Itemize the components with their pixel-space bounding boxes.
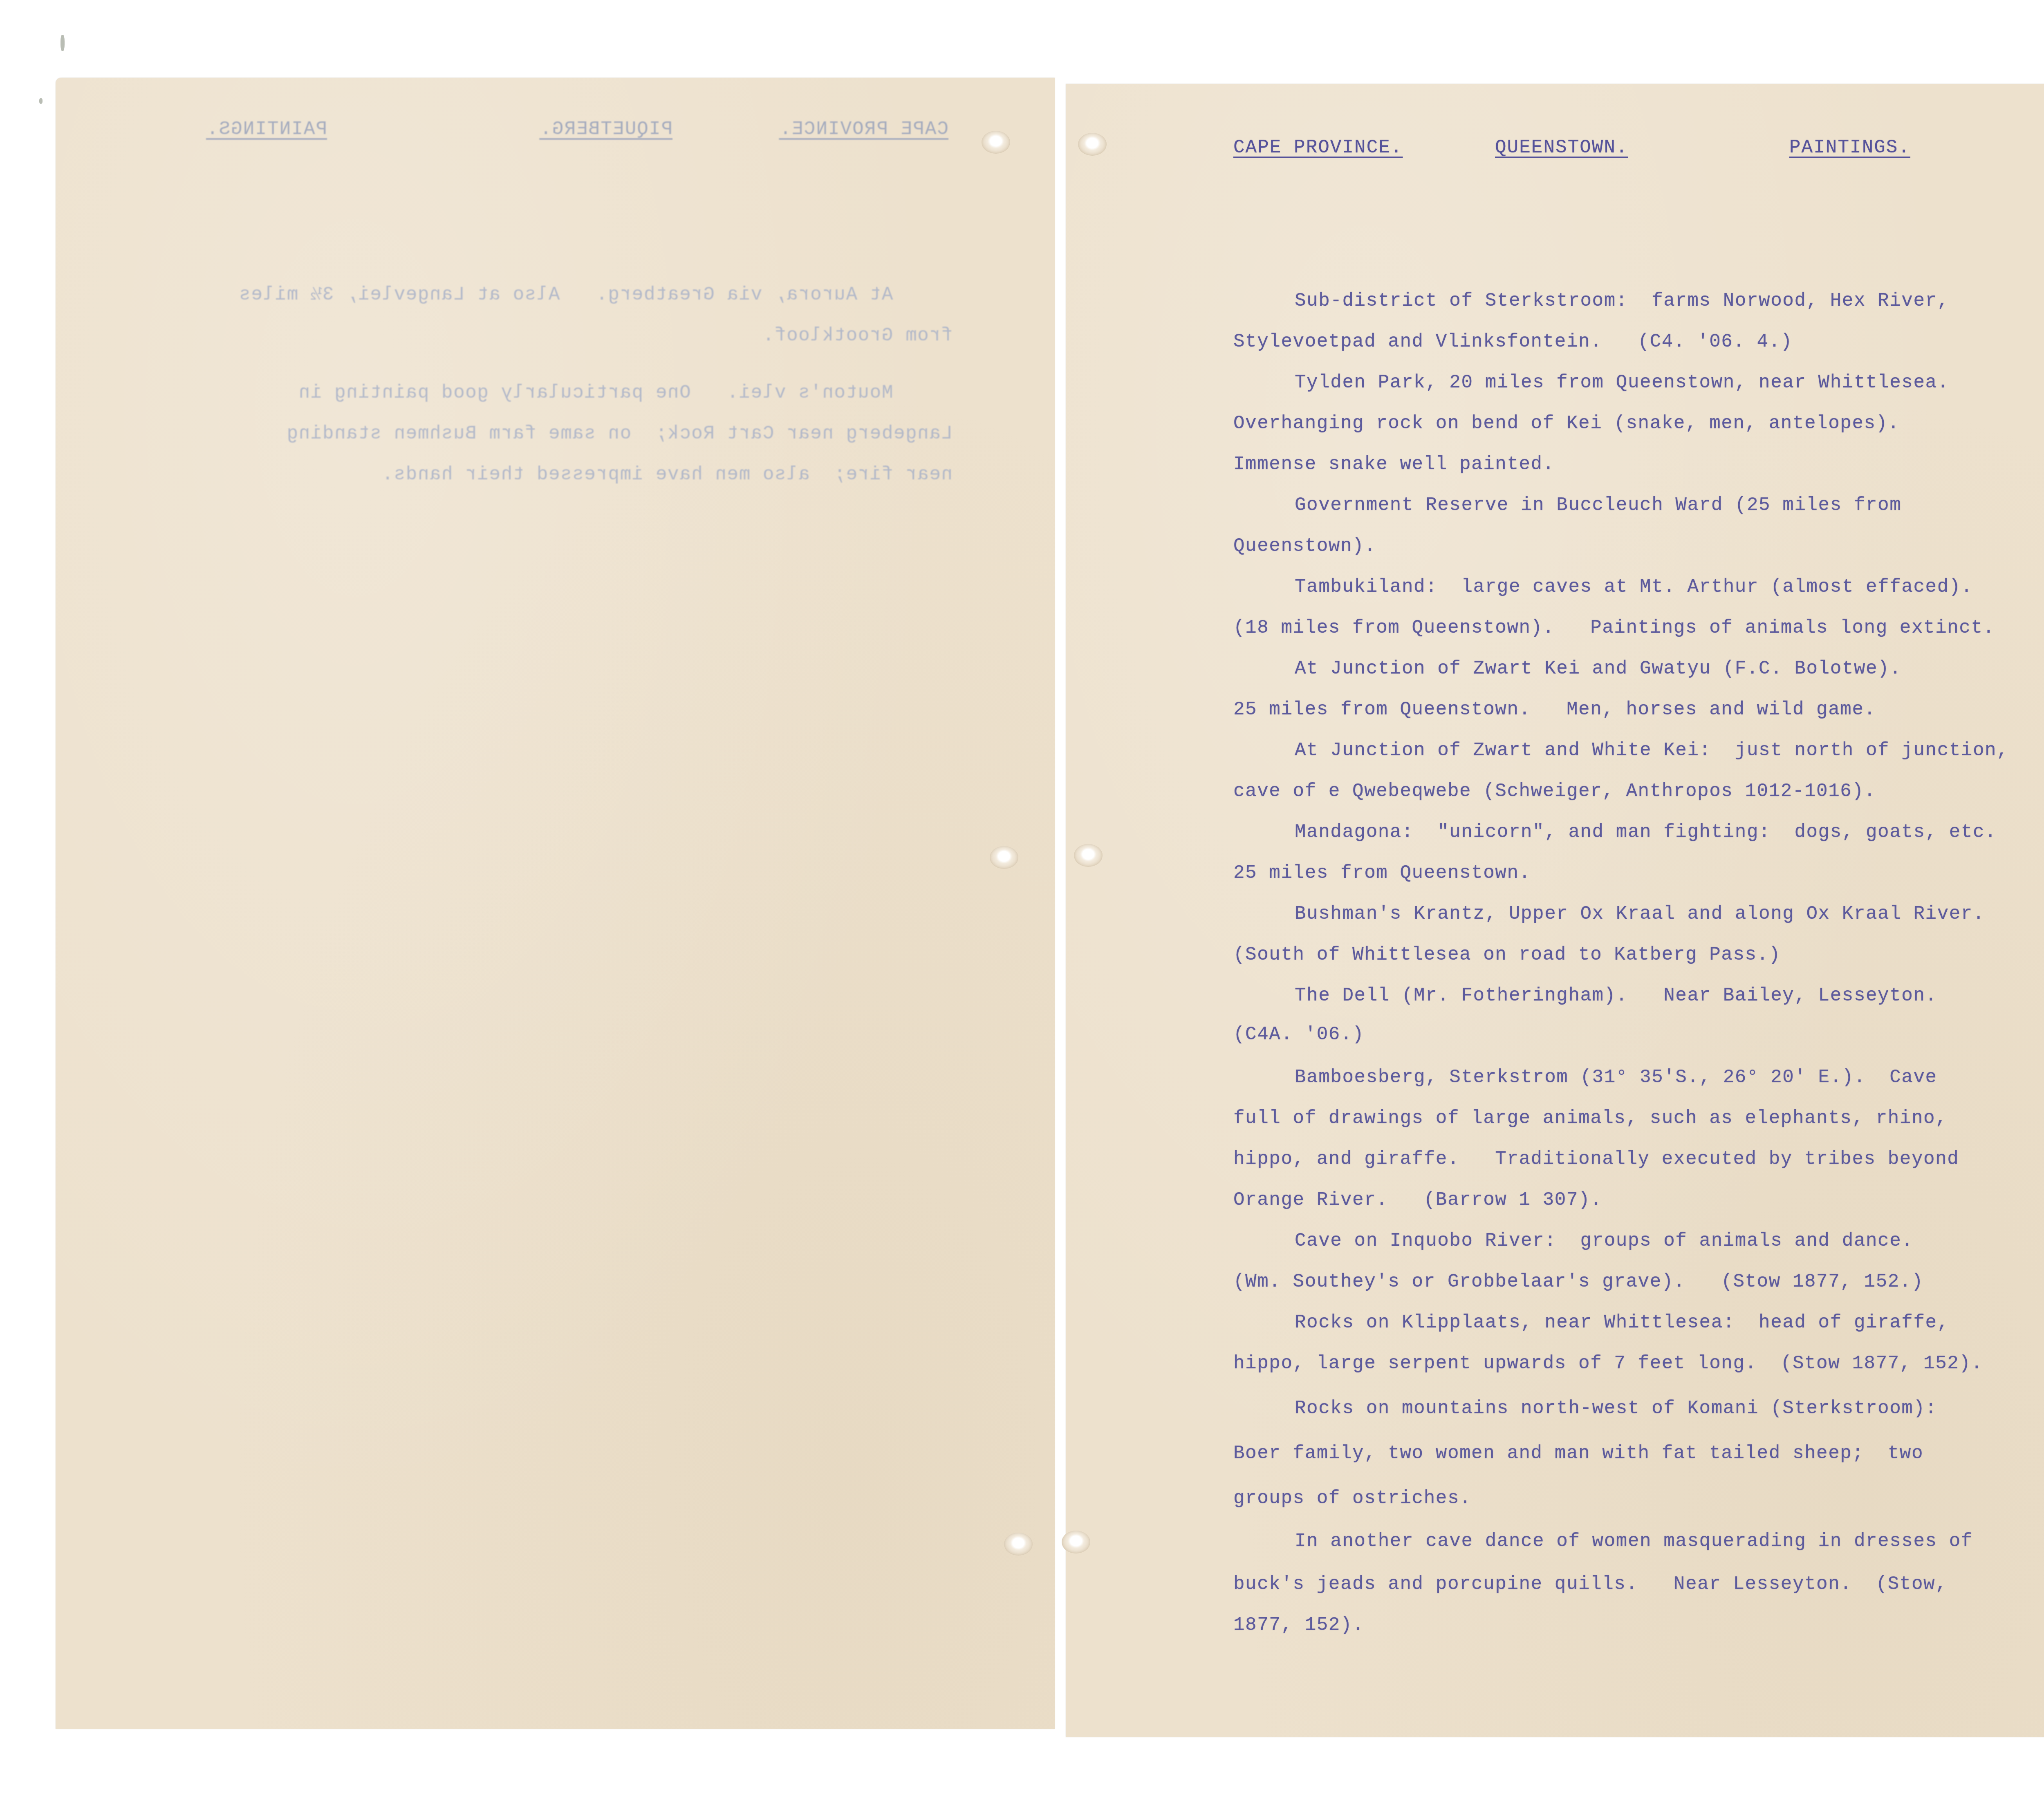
bleed-line: from Grootkloof. [762, 325, 953, 346]
left-page-reverse-side: CAPE PROVINCE. PIQUETBERG. PAINTINGS. At… [56, 78, 1055, 1729]
text-line: Bamboesberg, Sterkstrom (31° 35'S., 26° … [1295, 1067, 1937, 1088]
text-line: Mandagona: "unicorn", and man fighting: … [1295, 822, 1997, 843]
text-line: hippo, and giraffe. Traditionally execut… [1233, 1148, 1959, 1170]
text-line: Tylden Park, 20 miles from Queenstown, n… [1295, 372, 1949, 393]
text-line: 1877, 152). [1233, 1614, 1364, 1636]
text-line: Overhanging rock on bend of Kei (snake, … [1233, 413, 1900, 434]
bleed-header-province: CAPE PROVINCE. [779, 119, 948, 140]
header-subject: PAINTINGS. [1789, 137, 1910, 158]
text-line: The Dell (Mr. Fotheringham). Near Bailey… [1295, 985, 1937, 1006]
text-line: Immense snake well painted. [1233, 454, 1555, 475]
text-line: full of drawings of large animals, such … [1233, 1108, 1947, 1129]
header-province: CAPE PROVINCE. [1233, 137, 1403, 158]
text-line: buck's jeads and porcupine quills. Near … [1233, 1574, 1947, 1595]
header-district: QUEENSTOWN. [1495, 137, 1628, 158]
text-line: (18 miles from Queenstown). Paintings of… [1233, 617, 1995, 638]
bleed-line: At Aurora, via Greatberg. Also at Langev… [239, 284, 953, 305]
bleed-line: near fire; also men have impressed their… [381, 464, 953, 485]
bleed-through-text: CAPE PROVINCE. PIQUETBERG. PAINTINGS. At… [56, 78, 1055, 1729]
punch-hole-bottom [1062, 1531, 1090, 1553]
punch-hole-middle [990, 846, 1018, 869]
bleed-line: Mouton's vlei. One particularly good pai… [298, 382, 953, 403]
text-line: At Junction of Zwart Kei and Gwatyu (F.C… [1295, 658, 1901, 679]
text-line: Sub-district of Sterkstroom: farms Norwo… [1295, 290, 1949, 311]
punch-hole-bottom [1004, 1533, 1033, 1556]
scan-speck [39, 98, 43, 104]
bleed-line: Langeberg near Cart Rock; on same farm B… [286, 423, 953, 444]
text-line: (South of Whittlesea on road to Katberg … [1233, 944, 1781, 965]
text-line: Government Reserve in Buccleuch Ward (25… [1295, 495, 1901, 516]
text-line: cave of e Qwebeqwebe (Schweiger, Anthrop… [1233, 781, 1876, 802]
scan-speck [61, 35, 65, 51]
text-line: Boer family, two women and man with fat … [1233, 1443, 1923, 1464]
text-line: In another cave dance of women masquerad… [1295, 1531, 1973, 1552]
text-line: (C4A. '06.) [1233, 1024, 1364, 1045]
text-line: Queenstown). [1233, 535, 1376, 557]
text-line: Rocks on Klipplaats, near Whittlesea: he… [1295, 1312, 1949, 1333]
text-line: hippo, large serpent upwards of 7 feet l… [1233, 1353, 1983, 1374]
text-line: Tambukiland: large caves at Mt. Arthur (… [1295, 576, 1973, 598]
text-line: groups of ostriches. [1233, 1488, 1471, 1509]
text-line: 25 miles from Queenstown. [1233, 862, 1531, 884]
punch-hole-top [1078, 133, 1107, 156]
bleed-header-district: PIQUETBERG. [539, 119, 672, 140]
text-line: Orange River. (Barrow 1 307). [1233, 1189, 1602, 1211]
punch-hole-middle [1074, 844, 1103, 867]
text-line: At Junction of Zwart and White Kei: just… [1295, 740, 2008, 761]
text-line: Bushman's Krantz, Upper Ox Kraal and alo… [1295, 903, 1985, 924]
punch-hole-top [982, 131, 1010, 154]
bleed-header-subject: PAINTINGS. [206, 119, 327, 140]
text-line: (Wm. Southey's or Grobbelaar's grave). (… [1233, 1271, 1923, 1292]
text-line: 25 miles from Queenstown. Men, horses an… [1233, 699, 1876, 720]
text-line: Stylevoetpad and Vlinksfontein. (C4. '06… [1233, 331, 1793, 352]
text-line: Rocks on mountains north-west of Komani … [1295, 1398, 1937, 1419]
text-line: Cave on Inquobo River: groups of animals… [1295, 1230, 1913, 1251]
right-page-typed: CAPE PROVINCE. QUEENSTOWN. PAINTINGS. Su… [1066, 84, 2044, 1737]
